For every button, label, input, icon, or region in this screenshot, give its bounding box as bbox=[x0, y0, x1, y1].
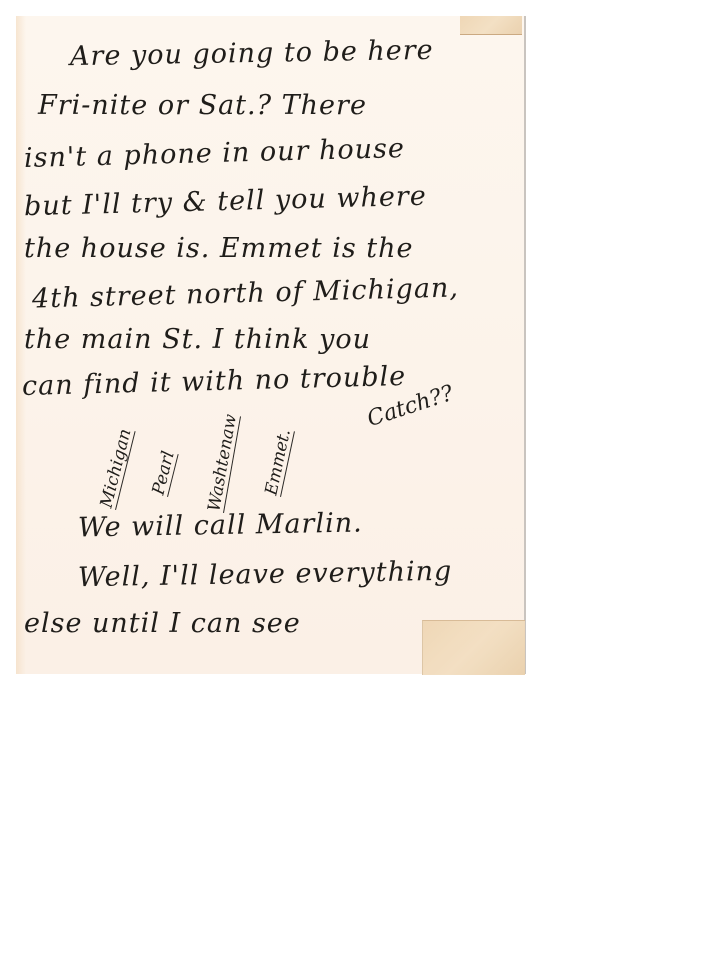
letter-line-4: but I'll try & tell you where bbox=[24, 181, 427, 223]
tape-strip-bottom bbox=[422, 620, 525, 675]
street-label-michigan: Michigan bbox=[98, 427, 136, 510]
street-label-emmet: Emmet. bbox=[262, 428, 295, 497]
letter-line-9: We will call Marlin. bbox=[78, 508, 363, 544]
letter-line-8: can find it with no trouble bbox=[22, 361, 407, 402]
letter-line-2: Fri-nite or Sat.? There bbox=[38, 90, 367, 121]
letter-line-5: the house is. Emmet is the bbox=[24, 233, 414, 264]
letter-line-10: Well, I'll leave everything bbox=[78, 556, 453, 594]
letter-line-6: 4th street north of Michigan, bbox=[32, 272, 460, 314]
street-label-washtenaw: Washtenaw bbox=[205, 413, 241, 513]
letter-line-3: isn't a phone in our house bbox=[24, 133, 406, 174]
letter-line-1: Are you going to be here bbox=[70, 35, 434, 72]
letter-line-7: the main St. I think you bbox=[24, 324, 371, 355]
street-label-pearl: Pearl bbox=[150, 449, 179, 497]
letter-line-11: else until I can see bbox=[24, 608, 301, 639]
letter-page: Are you going to be here Fri-nite or Sat… bbox=[16, 16, 526, 674]
tape-strip-top bbox=[460, 16, 522, 35]
